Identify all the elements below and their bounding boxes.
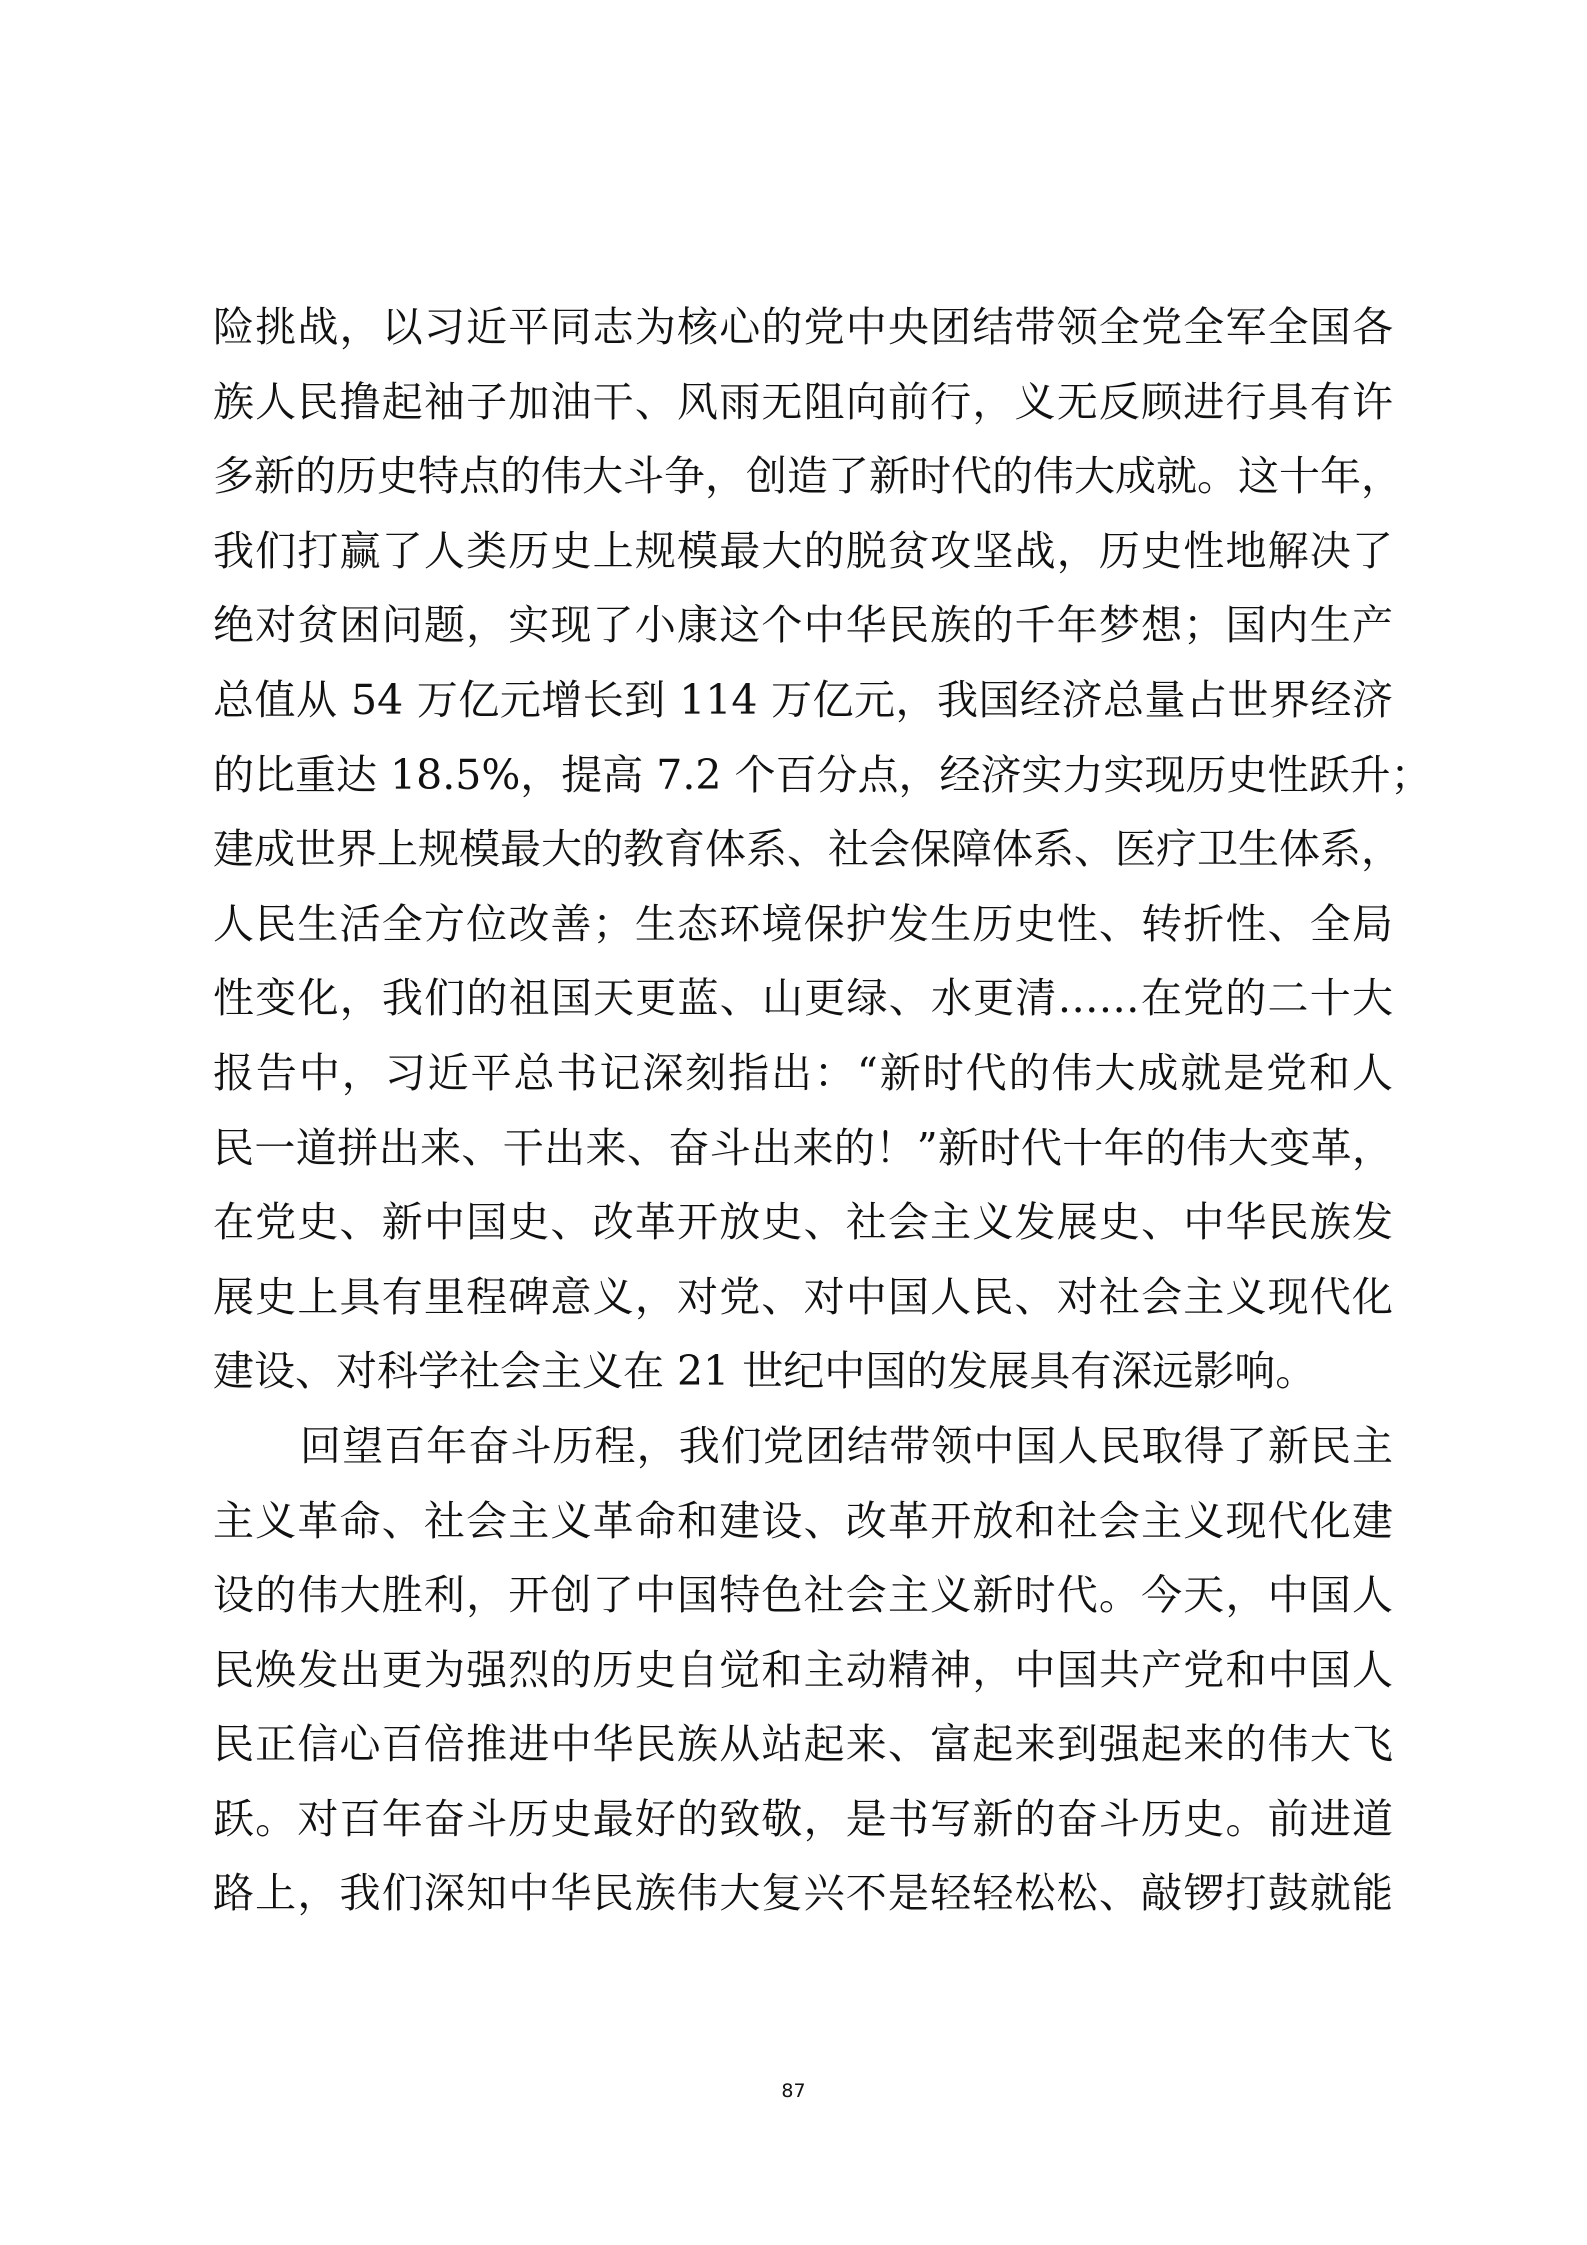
text-line: 建成世界上规模最大的教育体系、社会保障体系、医疗卫生体系， [213, 812, 1393, 887]
text-line: 多新的历史特点的伟大斗争，创造了新时代的伟大成就。这十年， [213, 439, 1393, 514]
paragraph-1: 险挑战，以习近平同志为核心的党中央团结带领全党全军全国各 族人民撸起袖子加油干、… [213, 290, 1393, 1409]
text-line: 建设、对科学社会主义在 21 世纪中国的发展具有深远影响。 [213, 1334, 1393, 1409]
text-line: 路上，我们深知中华民族伟大复兴不是轻轻松松、敲锣打鼓就能 [213, 1856, 1393, 1931]
text-line: 总值从 54 万亿元增长到 114 万亿元，我国经济总量占世界经济 [213, 663, 1393, 738]
text-line: 性变化，我们的祖国天更蓝、山更绿、水更清……在党的二十大 [213, 961, 1393, 1036]
text-line: 报告中，习近平总书记深刻指出：“新时代的伟大成就是党和人 [213, 1036, 1393, 1111]
text-line: 回望百年奋斗历程，我们党团结带领中国人民取得了新民主 [213, 1409, 1393, 1484]
paragraph-2: 回望百年奋斗历程，我们党团结带领中国人民取得了新民主 主义革命、社会主义革命和建… [213, 1409, 1393, 1931]
text-line: 族人民撸起袖子加油干、风雨无阻向前行，义无反顾进行具有许 [213, 365, 1393, 440]
text-line: 展史上具有里程碑意义，对党、对中国人民、对社会主义现代化 [213, 1260, 1393, 1335]
text-line: 主义革命、社会主义革命和建设、改革开放和社会主义现代化建 [213, 1484, 1393, 1559]
text-line: 民正信心百倍推进中华民族从站起来、富起来到强起来的伟大飞 [213, 1707, 1393, 1782]
text-line: 我们打赢了人类历史上规模最大的脱贫攻坚战，历史性地解决了 [213, 514, 1393, 589]
text-line: 民焕发出更为强烈的历史自觉和主动精神，中国共产党和中国人 [213, 1633, 1393, 1708]
text-line: 的比重达 18.5%，提高 7.2 个百分点，经济实力实现历史性跃升； [213, 738, 1393, 813]
page-number: 87 [0, 2080, 1587, 2102]
text-line: 民一道拼出来、干出来、奋斗出来的！”新时代十年的伟大变革， [213, 1111, 1393, 1186]
text-line: 绝对贫困问题，实现了小康这个中华民族的千年梦想；国内生产 [213, 588, 1393, 663]
document-body: 险挑战，以习近平同志为核心的党中央团结带领全党全军全国各 族人民撸起袖子加油干、… [213, 290, 1393, 1931]
text-line: 人民生活全方位改善；生态环境保护发生历史性、转折性、全局 [213, 887, 1393, 962]
text-line: 跃。对百年奋斗历史最好的致敬，是书写新的奋斗历史。前进道 [213, 1782, 1393, 1857]
text-line: 设的伟大胜利，开创了中国特色社会主义新时代。今天，中国人 [213, 1558, 1393, 1633]
text-line: 在党史、新中国史、改革开放史、社会主义发展史、中华民族发 [213, 1185, 1393, 1260]
text-line: 险挑战，以习近平同志为核心的党中央团结带领全党全军全国各 [213, 290, 1393, 365]
